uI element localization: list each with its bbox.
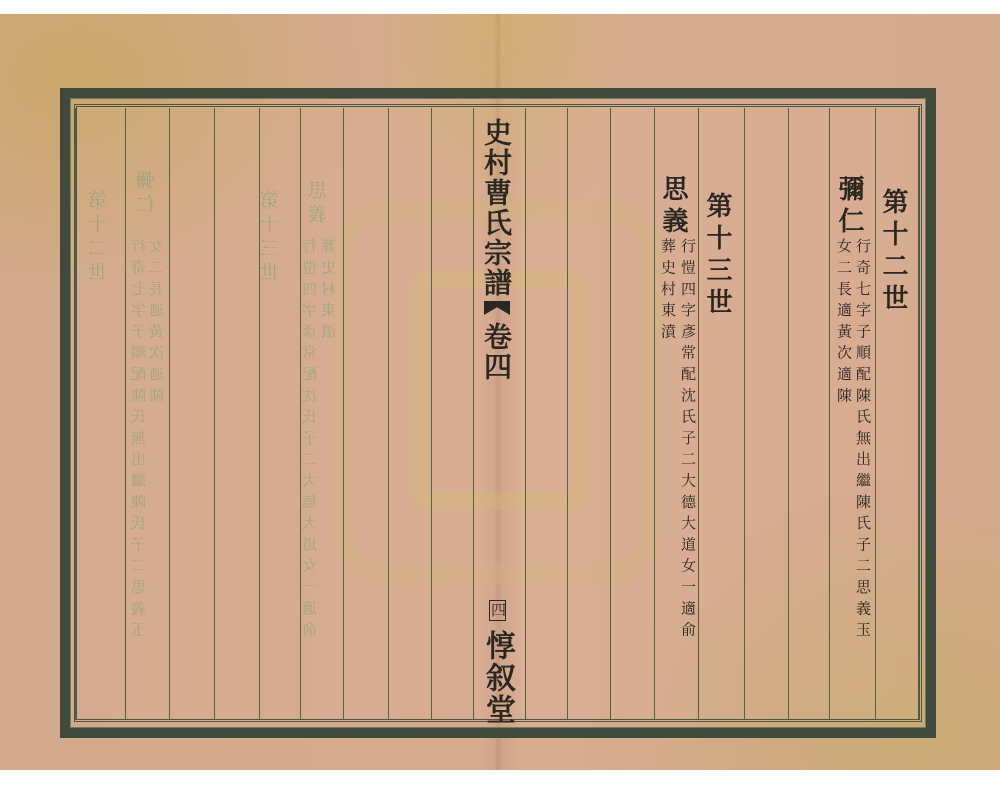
column-rule [525,108,526,720]
ghost-generation-12: 第十二世 [90,190,109,286]
column-rule [214,108,215,720]
book-title: 史村曹氏宗譜 [482,118,510,298]
column-rule [698,108,699,720]
volume-label: 卷四 [482,322,510,382]
person-name-siyi: 思義 [660,175,686,239]
column-rule [567,108,568,720]
generation-header-12: 第十二世 [880,188,906,316]
column-rule [829,108,830,720]
column-rule [918,108,919,720]
column-rule [75,108,76,720]
ghost-detail-miren-2: 女二長適黃次適陳 [150,238,165,408]
column-rule [431,108,432,720]
page-number: 四 [489,600,506,621]
ghost-generation-13: 第十三世 [262,190,281,286]
column-rule [744,108,745,720]
column-rule [654,108,655,720]
ghost-name-siyi: 思義 [310,180,329,228]
person-detail-miren-2: 女二長適黃次適陳 [836,238,851,408]
person-detail-siyi-2: 葬史村東濆 [660,238,675,345]
ghost-name-miren: 彌仁 [138,170,157,218]
column-rule [473,108,474,720]
column-rule [169,108,170,720]
column-rule [125,108,126,720]
fishtail-icon [484,298,510,322]
column-rule [388,108,389,720]
column-rule [343,108,344,720]
ghost-detail-siyi-2: 葬史村東濆 [322,238,337,345]
column-rule [788,108,789,720]
generation-header-13: 第十三世 [704,192,730,320]
column-rule [875,108,876,720]
hall-name: 惇叙堂 [482,630,512,726]
person-detail-siyi-1: 行愷四字彥常配沈氏子二大德大道女一適俞 [680,238,695,643]
column-rule [610,108,611,720]
person-detail-miren-1: 行奇七字子順配陳氏無出繼陳氏子二思義玉 [855,238,870,643]
ghost-detail-miren-1: 行奇七字子順配陳氏無出繼陳氏子二思義玉 [132,238,147,643]
person-name-miren: 彌仁 [836,175,862,239]
ghost-detail-siyi-1: 行愷四字彥常配沈氏子二大德大道女一適俞 [303,238,318,643]
